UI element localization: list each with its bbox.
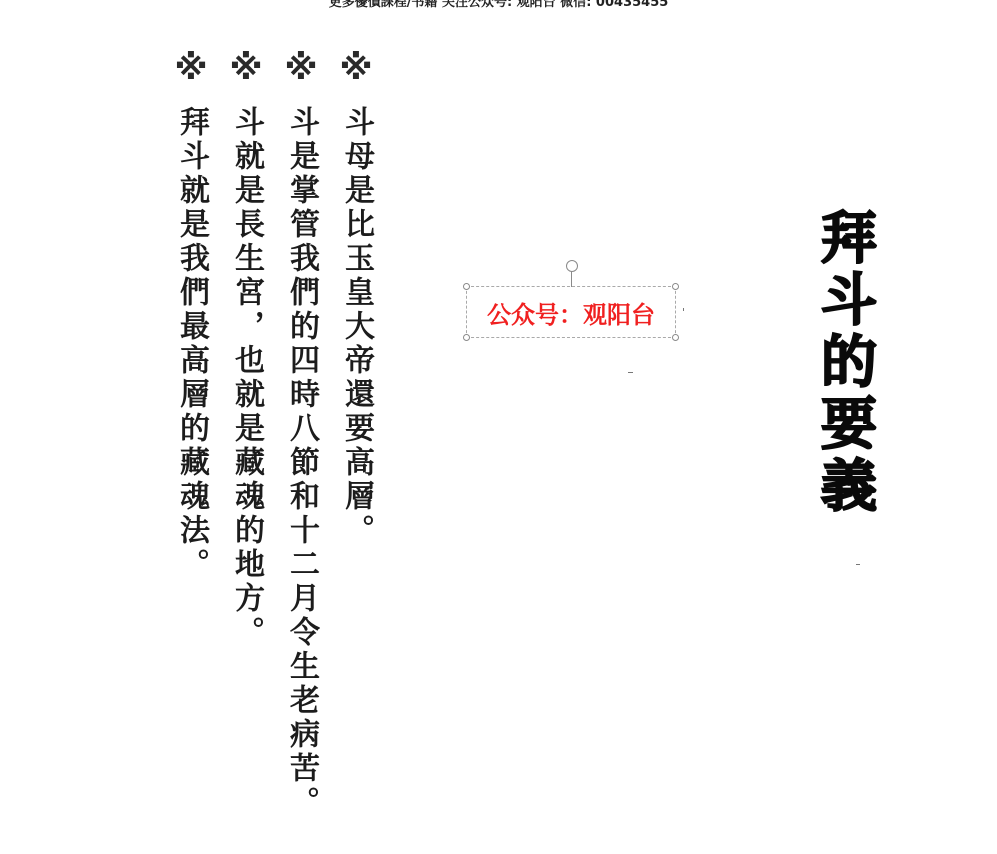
- text-column-1: ※ 斗母是比玉皇大帝還要高層。: [336, 50, 376, 548]
- reference-mark-icon: ※: [174, 50, 207, 86]
- text-column-2: ※ 斗是掌管我們的四時八節和十二月令生老病苦。: [281, 50, 321, 820]
- reference-mark-icon: ※: [284, 50, 317, 86]
- rotation-stem: [571, 271, 572, 287]
- column-text: 斗就是長生宮，也就是藏魂的地方。: [226, 106, 266, 650]
- resize-handle-bottom-left[interactable]: [463, 334, 470, 341]
- resize-handle-top-left[interactable]: [463, 283, 470, 290]
- scan-speck: [683, 308, 684, 311]
- text-column-4: ※ 拜斗就是我們最高層的藏魂法。: [171, 50, 211, 582]
- column-text: 拜斗就是我們最高層的藏魂法。: [171, 106, 211, 582]
- reference-mark-icon: ※: [229, 50, 262, 86]
- scan-speck: [628, 372, 633, 373]
- page-title: 拜斗的要義: [815, 208, 875, 518]
- text-column-3: ※ 斗就是長生宮，也就是藏魂的地方。: [226, 50, 266, 650]
- scan-speck: [856, 564, 860, 565]
- reference-mark-icon: ※: [339, 50, 372, 86]
- column-text: 斗是掌管我們的四時八節和十二月令生老病苦。: [281, 106, 321, 820]
- column-text: 斗母是比玉皇大帝還要高層。: [336, 106, 376, 548]
- resize-handle-bottom-right[interactable]: [672, 334, 679, 341]
- page-header-clipped: 更多優價課程/书籍 关注公众号: 观阳台 微信: 00435455: [0, 0, 997, 10]
- resize-handle-top-right[interactable]: [672, 283, 679, 290]
- watermark-text[interactable]: 公众号：观阳台: [487, 295, 655, 330]
- watermark-textbox[interactable]: 公众号：观阳台: [466, 286, 676, 338]
- rotate-handle-icon[interactable]: [566, 260, 578, 272]
